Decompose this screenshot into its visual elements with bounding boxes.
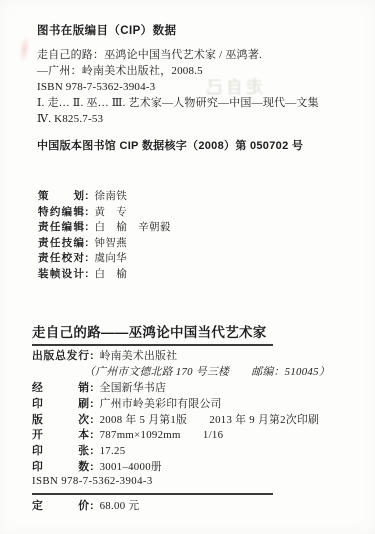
cip-heading: 图书在版编目（CIP）数据	[37, 22, 176, 38]
cip-line-title: 走自己的路：巫鸿论中国当代艺术家 / 巫鸿著.	[37, 47, 355, 63]
distribution-row: 经销:全国新华书店	[32, 380, 355, 396]
sheets-row: 印张:17.25	[32, 443, 355, 459]
cip-line-call-number: Ⅳ. K825.7-53	[37, 111, 355, 127]
colophon-label: 印刷	[32, 396, 89, 411]
staff-value: 徐南铁	[95, 189, 128, 205]
colophon-label: 印数	[32, 459, 89, 474]
staff-label: 责任校对	[38, 251, 84, 267]
colon-separator: :	[85, 267, 89, 283]
colon-separator: :	[90, 500, 94, 512]
colon-separator: :	[85, 220, 89, 236]
colophon-label: 印张	[32, 443, 89, 458]
title-rule	[32, 344, 273, 346]
printing-company-row: 印刷:广州市岭美彩印有限公司	[32, 396, 355, 412]
colon-separator: :	[90, 461, 94, 473]
staff-label: 特约编辑	[38, 205, 84, 221]
scan-smudge	[18, 36, 31, 63]
cip-line-classification: Ⅰ. 走… Ⅱ. 巫… Ⅲ. 艺术家—人物研究—中国—现代—文集	[37, 95, 355, 111]
staff-value: 虞向华	[95, 251, 128, 267]
colophon-value: 3001–4000册	[100, 459, 162, 474]
colon-separator: :	[90, 350, 94, 362]
colophon-value: 全国新华书店	[100, 380, 167, 395]
colophon-value: 2008 年 5 月第1版 2013 年 9 月第2次印刷	[100, 412, 320, 427]
publisher-row: 出版总发行:岭南美术出版社	[32, 348, 355, 364]
colophon-label: 版次	[32, 412, 89, 427]
publisher-label: 出版总发行	[32, 348, 89, 363]
print-run-row: 印数:3001–4000册	[32, 459, 355, 475]
colon-separator: :	[85, 189, 89, 205]
colon-separator: :	[90, 398, 94, 410]
colophon-rows: 出版总发行:岭南美术出版社 （广州市文德北路 170 号三楼 邮编：510045…	[32, 348, 355, 514]
publisher-address: （广州市文德北路 170 号三楼 邮编：510045）	[32, 364, 355, 380]
publication-colophon: 走自己的路——巫鸿论中国当代艺术家 出版总发行:岭南美术出版社 （广州市文德北路…	[32, 325, 355, 514]
staff-label: 装帧设计	[38, 267, 84, 283]
format-row: 开本:787mm×1092mm 1/16	[32, 427, 355, 443]
staff-row-planner: 策划:徐南铁	[38, 189, 171, 205]
cip-block: 走自己的路：巫鸿论中国当代艺术家 / 巫鸿著. —广州：岭南美术出版社，2008…	[37, 47, 355, 127]
colophon-value: 787mm×1092mm 1/16	[100, 427, 224, 442]
staff-value: 白 榆 辛朝毅	[95, 220, 171, 236]
cip-line-publisher: —广州：岭南美术出版社，2008.5	[37, 63, 355, 79]
price-row: 定价:68.00 元	[32, 498, 355, 514]
edition-row: 版次:2008 年 5 月第1版 2013 年 9 月第2次印刷	[32, 412, 355, 428]
staff-value: 黄 专	[95, 205, 128, 221]
price-rule	[32, 493, 273, 495]
staff-row-proofreader: 责任校对:虞向华	[38, 251, 171, 267]
staff-credits: 策划:徐南铁 特约编辑:黄 专 责任编辑:白 榆 辛朝毅 责任技编:钟智燕 责任…	[38, 189, 171, 282]
staff-label: 策划	[38, 189, 84, 205]
publisher-name: 岭南美术出版社	[100, 348, 178, 363]
price-value: 68.00 元	[100, 498, 140, 513]
staff-label: 责任技编	[38, 236, 84, 252]
price-label: 定价	[32, 498, 89, 513]
book-title: 走自己的路——巫鸿论中国当代艺术家	[32, 325, 355, 341]
staff-row-book-designer: 装帧设计:白 榆	[38, 267, 171, 283]
colophon-value: 广州市岭美彩印有限公司	[100, 396, 222, 411]
colophon-value: 17.25	[100, 445, 126, 457]
colophon-label: 开本	[32, 427, 89, 442]
colon-separator: :	[90, 429, 94, 441]
staff-value: 白 榆	[95, 267, 128, 283]
staff-label: 责任编辑	[38, 220, 84, 236]
staff-row-technical-editor: 责任技编:钟智燕	[38, 236, 171, 252]
cip-line-isbn: ISBN 978-7-5362-3904-3	[37, 79, 355, 95]
colophon-label: 经销	[32, 380, 89, 395]
staff-row-contributing-editor: 特约编辑:黄 专	[38, 205, 171, 221]
colon-separator: :	[85, 205, 89, 221]
staff-value: 钟智燕	[95, 236, 128, 252]
cip-registry-number: 中国版本图书馆 CIP 数据核字（2008）第 050702 号	[37, 137, 303, 153]
colon-separator: :	[85, 236, 89, 252]
colon-separator: :	[85, 251, 89, 267]
colophon-page: 走自己 图书在版编目（CIP）数据 走自己的路：巫鸿论中国当代艺术家 / 巫鸿著…	[0, 0, 375, 534]
colon-separator: :	[90, 382, 94, 394]
staff-row-responsible-editor: 责任编辑:白 榆 辛朝毅	[38, 220, 171, 236]
colon-separator: :	[90, 445, 94, 457]
colon-separator: :	[90, 414, 94, 426]
isbn-line: ISBN 978-7-5362-3904-3	[32, 475, 355, 491]
